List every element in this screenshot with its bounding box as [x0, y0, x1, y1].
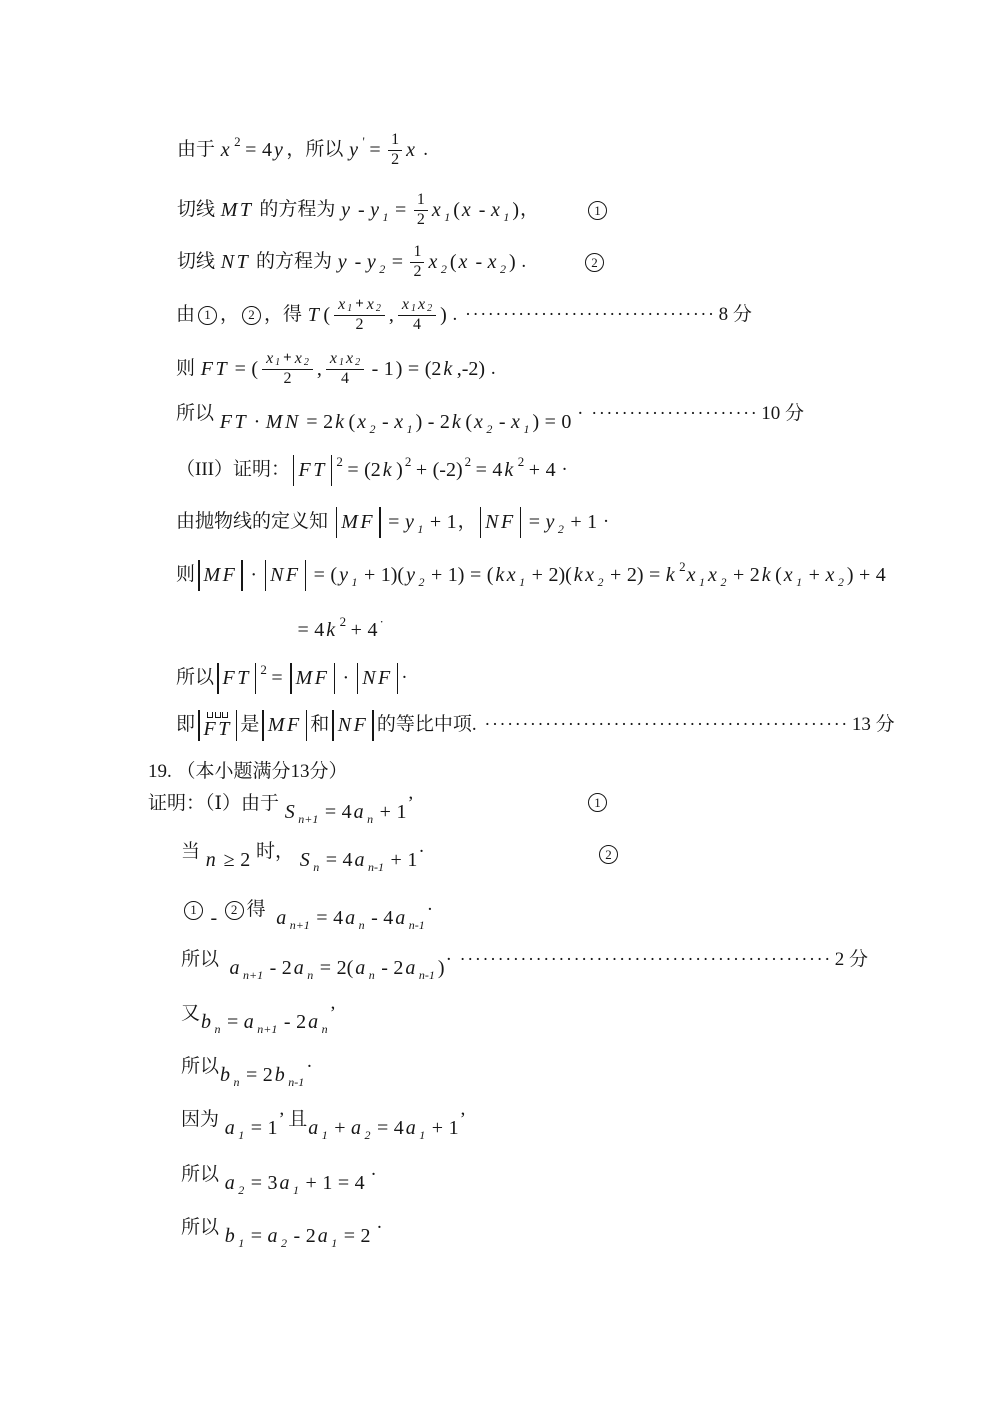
math-sup: 2	[679, 560, 686, 574]
math-sub: 1	[699, 576, 705, 589]
math-sub: 2	[379, 263, 385, 276]
equation-label-circle-3: 1	[588, 793, 607, 812]
math-var: FT	[201, 358, 229, 380]
math-sub: 2	[418, 576, 424, 589]
math-sub: 1	[417, 523, 423, 536]
math-op: -	[284, 1011, 291, 1033]
math-line-20: 因为 a1=1’ 且a1+a2=4a1+1’	[181, 1092, 466, 1148]
text-run: 是	[240, 715, 259, 736]
math-line-9: 则MF·NF=(y1+1)(y2+1)=(kx1+2)(kx2+2)=k2x1x…	[176, 547, 887, 603]
math-var: x	[330, 351, 338, 368]
math-sub: 1	[293, 1184, 299, 1197]
math-num: 2	[391, 152, 399, 169]
text-run: 切线	[177, 200, 220, 221]
math-var: n	[206, 849, 219, 871]
math-op: =	[306, 411, 317, 433]
math-op: +	[306, 1172, 317, 1194]
math-line-6: 所以 FT·MN=2k(x2-x1)-2k(x2-x1)=0 · ·······…	[176, 386, 804, 442]
text-run: 由抛物线的定义知	[176, 512, 333, 533]
math-num: 2	[282, 957, 292, 979]
math-num: (	[465, 411, 472, 433]
math-num: 1	[396, 801, 406, 823]
abs-bar	[334, 663, 336, 694]
math-op: =	[251, 1117, 262, 1139]
math-num: 1	[322, 1172, 332, 1194]
text-run: 的方程为	[251, 252, 337, 273]
equation-label-circle-1: 1	[588, 201, 607, 220]
math-op: -	[382, 411, 389, 433]
math-line-19: 所以bn=2bn-1·	[181, 1039, 313, 1095]
math-op: +	[529, 459, 540, 481]
math-num: 2	[355, 317, 363, 334]
math-num: 2	[296, 1011, 306, 1033]
math-num: 4	[876, 564, 886, 586]
math-var: S	[285, 801, 298, 823]
text-run: ·	[372, 1218, 383, 1239]
math-var: k	[504, 459, 515, 481]
math-op: =	[246, 1064, 257, 1086]
text-run: 10 分	[761, 404, 804, 425]
math-num: (	[487, 564, 494, 586]
math-num: 4	[355, 1172, 365, 1194]
math-var: a	[244, 1011, 257, 1033]
math-sub: 1	[238, 1237, 244, 1250]
math-op: =	[314, 564, 325, 586]
math-num: 2	[750, 564, 760, 586]
math-num: 1	[449, 1117, 459, 1139]
abs-bar	[198, 560, 200, 591]
math-num: 1	[391, 132, 399, 149]
text-run: ·	[446, 950, 457, 971]
math-var: MF	[341, 511, 375, 533]
math-num: (	[330, 564, 337, 586]
math-sub: n	[322, 1023, 328, 1036]
math-op: -	[479, 199, 486, 221]
text-run: ，	[520, 200, 539, 221]
text-run: （III）证明：	[176, 460, 290, 481]
math-num: 3	[268, 1172, 278, 1194]
math-var: a	[355, 849, 368, 871]
math-var: y	[367, 251, 378, 273]
math-op: =	[476, 459, 487, 481]
text-run: .	[448, 305, 462, 326]
circled-number: 2	[225, 901, 244, 920]
math-var: a	[318, 1225, 331, 1247]
math-var: a	[225, 1172, 238, 1194]
text-run: 切线	[177, 252, 220, 273]
math-var: a	[354, 801, 367, 823]
abs-bar	[332, 710, 334, 741]
math-var: FT	[223, 667, 251, 689]
math-line-21: 所以 a2=3a1+1=4 ·	[181, 1147, 377, 1203]
math-var: a	[406, 1117, 419, 1139]
math-op: -	[358, 199, 365, 221]
abs-bar	[262, 710, 264, 741]
document-page: 由于 x2=4y，所以 y'=12x . 切线 MT 的方程为 y-y1=12x…	[0, 0, 1000, 1415]
math-op: =	[320, 957, 331, 979]
text-run: ·	[418, 842, 424, 863]
math-sup: 2	[465, 455, 472, 469]
text-run: 所以	[176, 404, 219, 425]
abs-bar	[372, 710, 374, 741]
math-sub: 1	[519, 576, 525, 589]
math-num: )	[396, 459, 403, 481]
math-var: x	[474, 411, 485, 433]
math-op: =	[347, 459, 358, 481]
abs-bar	[306, 710, 308, 741]
text-run: ·	[572, 404, 588, 425]
math-op: =	[316, 907, 327, 929]
math-num: (2	[364, 459, 381, 481]
math-op: =	[395, 199, 406, 221]
math-num: (	[775, 564, 782, 586]
text-run: .	[517, 252, 527, 273]
math-sub: n-1	[368, 861, 384, 874]
math-var: a	[294, 957, 307, 979]
math-sub: n	[307, 969, 313, 982]
math-var: NT	[221, 251, 250, 273]
abs-bar	[331, 455, 333, 486]
math-sub: n-1	[419, 969, 435, 982]
math-sub: n+1	[243, 969, 263, 982]
math-num: 2	[306, 1225, 316, 1247]
abs-bar	[336, 507, 338, 538]
dotted-leader: ········································…	[484, 715, 849, 735]
math-var: k	[383, 459, 394, 481]
math-op: =	[227, 1011, 238, 1033]
math-sub: n	[369, 969, 375, 982]
math-op: +	[610, 564, 621, 586]
math-var: MF	[204, 564, 238, 586]
math-var: MN	[266, 411, 301, 433]
math-var: a	[355, 957, 368, 979]
math-num: (	[348, 411, 355, 433]
math-op: +	[334, 1117, 345, 1139]
abs-bar	[480, 507, 482, 538]
text-run: 则	[176, 565, 195, 586]
math-var: x	[825, 564, 836, 586]
math-var: MF	[296, 667, 330, 689]
math-sub: 1	[331, 1237, 337, 1250]
math-op: +	[355, 297, 364, 313]
math-num: (	[453, 199, 460, 221]
math-var: S	[300, 849, 313, 871]
fraction: x1+x22	[334, 297, 385, 334]
math-var: NF	[362, 667, 393, 689]
math-var: FT	[220, 411, 248, 433]
abs-bar	[397, 663, 399, 694]
math-op: =	[649, 564, 660, 586]
abs-bar	[241, 560, 243, 591]
math-var: MF	[268, 714, 302, 736]
math-var: x	[418, 297, 426, 314]
math-var: x	[221, 139, 232, 161]
math-var: y	[339, 564, 350, 586]
text-run: 时，	[251, 842, 299, 863]
math-var: a	[225, 1117, 238, 1139]
abs-bar	[217, 663, 219, 694]
text-run: .	[419, 140, 429, 161]
math-op: =	[338, 1172, 349, 1194]
vector-overline: FT	[203, 712, 233, 739]
text-run: 因为	[181, 1110, 224, 1131]
text-run: ，得	[264, 305, 307, 326]
text-run: ，	[458, 512, 477, 533]
math-var: y	[545, 511, 556, 533]
math-sub: 2	[355, 358, 360, 369]
math-sub: 1	[523, 423, 529, 436]
circled-number: 2	[242, 306, 261, 325]
math-op: +	[733, 564, 744, 586]
math-num: 2	[323, 411, 333, 433]
math-line-18: 又bn=an+1-2an’	[181, 986, 336, 1042]
text-run: 得	[247, 900, 276, 921]
math-op: +	[570, 511, 581, 533]
text-run: 的等比中项.	[377, 715, 482, 736]
math-num: (	[323, 304, 330, 326]
text-run: 证明：（Ⅰ）由于	[148, 794, 284, 815]
math-var: y	[341, 199, 352, 221]
math-num: )	[532, 411, 539, 433]
text-run: 由	[176, 305, 195, 326]
math-sub: 2	[304, 358, 309, 369]
math-op: -	[294, 1225, 301, 1247]
math-var: x	[428, 251, 439, 273]
text-run: ·	[557, 460, 568, 481]
math-sub: 2	[441, 263, 447, 276]
circled-number: 1	[184, 901, 203, 920]
math-sub: 1	[238, 1129, 244, 1142]
math-var: a	[280, 1172, 293, 1194]
circled-number: 1	[198, 306, 217, 325]
text-run: ·	[598, 512, 609, 533]
math-op: +	[351, 619, 362, 641]
math-num: 2(	[337, 957, 354, 979]
text-run: ’ 且	[279, 1110, 308, 1131]
math-num: 4	[343, 849, 353, 871]
math-sub: 1	[383, 211, 389, 224]
math-var: a	[268, 1225, 281, 1247]
math-sub: n	[234, 1076, 240, 1089]
math-var: y	[338, 251, 349, 273]
text-run: 的方程为	[255, 200, 341, 221]
math-var: kx	[574, 564, 597, 586]
math-op: +	[431, 564, 442, 586]
math-num: )	[440, 304, 447, 326]
math-op: ·	[250, 564, 257, 586]
math-sub: 1	[347, 304, 352, 315]
math-sub: 1	[339, 358, 344, 369]
math-num: 4	[342, 801, 352, 823]
math-op: -	[355, 251, 362, 273]
math-num: 2	[393, 957, 403, 979]
math-num: 4	[383, 907, 393, 929]
math-sub: n+1	[257, 1023, 277, 1036]
math-op: +	[809, 564, 820, 586]
math-op: =	[245, 139, 256, 161]
math-op: -	[372, 358, 379, 380]
math-op: =	[326, 849, 337, 871]
abs-bar	[305, 560, 307, 591]
text-run: 由于	[177, 140, 220, 161]
math-line-15: 当 n≥2 时， Sn=4an-1+1·	[181, 824, 425, 880]
math-sub: n	[215, 1023, 221, 1036]
text-run: 2 分	[835, 950, 868, 971]
abs-bar	[198, 710, 200, 741]
math-op: =	[344, 1225, 355, 1247]
math-num: )	[847, 564, 854, 586]
math-num: 4	[413, 317, 421, 334]
text-run: 即	[176, 715, 195, 736]
math-var: k	[335, 411, 346, 433]
math-op: =	[388, 511, 399, 533]
text-run: 所以	[176, 668, 214, 689]
text-run: 所以	[181, 1165, 224, 1186]
math-op: =	[392, 251, 403, 273]
fraction: 12	[388, 132, 402, 169]
math-sub: 1	[503, 211, 509, 224]
math-var: k	[452, 411, 463, 433]
math-op: ·	[343, 667, 350, 689]
math-var: kx	[495, 564, 518, 586]
math-sub: 2	[427, 304, 432, 315]
math-var: k	[762, 564, 773, 586]
math-var: NF	[338, 714, 369, 736]
abs-bar	[290, 663, 292, 694]
text-run: .	[486, 359, 496, 380]
math-var: y	[405, 511, 416, 533]
math-num: (	[450, 251, 457, 273]
math-var: y	[274, 139, 285, 161]
math-var: y	[406, 564, 417, 586]
math-num: 1	[417, 192, 425, 209]
math-sub: n	[359, 919, 365, 932]
math-sub: 2	[558, 523, 564, 536]
math-sub: 2	[486, 423, 492, 436]
text-run: 8 分	[719, 305, 752, 326]
math-var: b	[275, 1064, 288, 1086]
math-num: 4	[341, 371, 349, 388]
math-line-2: 切线 MT 的方程为 y-y1=12x1(x-x1)，	[177, 182, 539, 238]
math-num: )	[438, 957, 445, 979]
math-sub: 1	[796, 576, 802, 589]
vector-arrow-marks	[207, 712, 228, 718]
math-sup: 2	[340, 615, 347, 629]
math-op: =	[529, 511, 540, 533]
math-op: +	[416, 459, 427, 481]
text-run: ·	[366, 1165, 377, 1186]
text-run: ·	[401, 668, 407, 689]
math-num: 1	[268, 1117, 278, 1139]
math-var: MT	[221, 199, 254, 221]
math-line-7: （III）证明：FT2=(2k)2+(-2)2=4k2+4 ·	[176, 442, 568, 498]
math-var: y	[349, 139, 360, 161]
math-var: k	[666, 564, 677, 586]
math-var: NF	[270, 564, 301, 586]
math-op: =	[271, 667, 282, 689]
math-sub: 2	[500, 263, 506, 276]
math-sub: n-1	[288, 1076, 304, 1089]
math-var: x	[459, 251, 470, 273]
math-sub: 2	[238, 1184, 244, 1197]
math-var: b	[201, 1011, 214, 1033]
abs-bar	[357, 663, 359, 694]
math-var: FT	[298, 459, 326, 481]
math-num: 4	[546, 459, 556, 481]
math-num: )	[396, 358, 403, 380]
text-run: ’	[330, 1004, 336, 1025]
math-op: =	[377, 1117, 388, 1139]
math-var: T	[308, 304, 322, 326]
math-sub: 1	[322, 1129, 328, 1142]
math-var: a	[351, 1117, 364, 1139]
math-num: (	[251, 358, 258, 380]
math-var: a	[308, 1011, 321, 1033]
math-num: 2	[413, 264, 421, 281]
math-num: )	[509, 251, 516, 273]
fraction: x1+x22	[262, 351, 313, 388]
text-run: 和	[310, 715, 329, 736]
text-run: 所以	[181, 1218, 224, 1239]
math-num: 1	[407, 849, 417, 871]
text-run: 13 分	[852, 715, 895, 736]
fraction: 12	[414, 192, 428, 229]
abs-bar	[520, 507, 522, 538]
math-sub: 1	[351, 576, 357, 589]
fraction: x1x24	[326, 351, 364, 388]
math-op: -	[371, 907, 378, 929]
math-op: =	[408, 358, 419, 380]
math-num: 2	[361, 1225, 371, 1247]
dotted-leader: ········································…	[460, 950, 832, 970]
math-num: 2)	[627, 564, 644, 586]
math-var: x	[367, 297, 375, 314]
text-run: ，	[220, 305, 239, 326]
math-sub: n-1	[409, 919, 425, 932]
math-sup: ·	[379, 615, 383, 629]
math-var: x	[402, 297, 410, 314]
text-run: 当	[181, 842, 205, 863]
math-sub: n	[313, 861, 319, 874]
math-num: 4	[367, 619, 377, 641]
math-op: =	[545, 411, 556, 433]
math-var: a	[308, 1117, 321, 1139]
equation-label-circle-4: 2	[599, 845, 618, 864]
math-num: 0	[561, 411, 571, 433]
abs-bar	[255, 663, 257, 694]
text-run: ，所以	[286, 140, 348, 161]
math-var: x	[511, 411, 522, 433]
math-var: x	[295, 351, 303, 368]
math-op: +	[283, 351, 292, 367]
math-var: x	[488, 251, 499, 273]
math-sup: '	[362, 135, 364, 149]
text-run: 则	[176, 359, 200, 380]
math-line-3: 切线 NT 的方程为 y-y2=12x2(x-x2) .	[177, 234, 526, 290]
abs-bar	[293, 455, 295, 486]
math-num: 2)(	[548, 564, 571, 586]
math-op: ·	[254, 411, 261, 433]
math-num: 2	[240, 849, 250, 871]
math-sub: 2	[838, 576, 844, 589]
math-var: a	[276, 907, 289, 929]
math-sup: 2	[234, 135, 241, 149]
math-op: =	[235, 358, 246, 380]
abs-bar	[379, 507, 381, 538]
math-var: a	[395, 907, 408, 929]
math-op: -	[428, 411, 435, 433]
math-sub: 1	[419, 1129, 425, 1142]
